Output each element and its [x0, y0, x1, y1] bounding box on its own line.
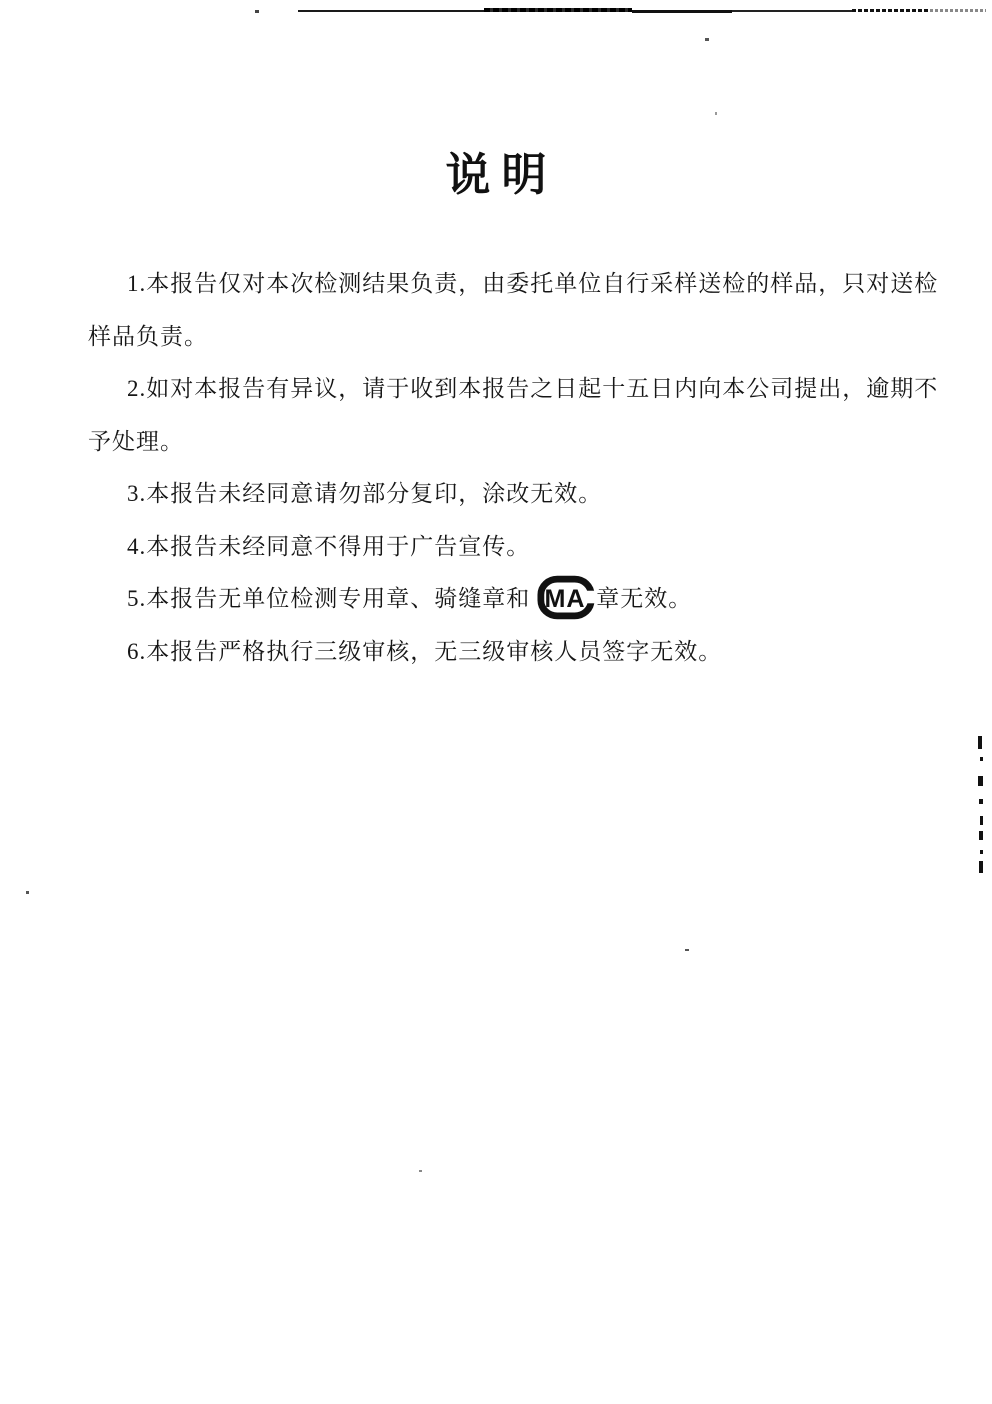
- scan-artifact-dot: [255, 10, 259, 13]
- scan-artifact-speck: [26, 891, 29, 894]
- note-1-line-2: 样品负责。: [88, 311, 933, 364]
- scan-artifact-line: [852, 9, 930, 12]
- note-1-line-1: 1.本报告仅对本次检测结果负责，由委托单位自行采样送检的样品，只对送检: [88, 258, 933, 311]
- scan-artifact-edge-fragment: [979, 831, 983, 840]
- scan-artifact-speck: [705, 38, 709, 41]
- scan-artifact-edge-fragment: [979, 861, 983, 873]
- scan-artifact-speck: [685, 949, 689, 951]
- scan-artifact-edge-fragment: [979, 799, 983, 804]
- scan-artifact-line: [484, 8, 632, 12]
- scan-artifact-edge-fragment: [978, 776, 983, 786]
- scan-artifact-edge-fragment: [980, 850, 983, 854]
- notes-list: 1.本报告仅对本次检测结果负责，由委托单位自行采样送检的样品，只对送检 样品负责…: [88, 258, 933, 678]
- scan-artifact-edge-fragment: [980, 757, 983, 761]
- scan-artifact-edge-fragment: [978, 736, 982, 749]
- note-4: 4.本报告未经同意不得用于广告宣传。: [88, 521, 933, 574]
- scan-artifact-line: [930, 9, 986, 12]
- cma-mark-icon: MA: [537, 575, 595, 620]
- note-5-suffix: 章无效。: [596, 586, 692, 611]
- scan-artifact-speck: [419, 1170, 422, 1172]
- cma-mark-letters: MA: [545, 585, 586, 613]
- note-5-prefix: 5.本报告无单位检测专用章、骑缝章和: [127, 586, 530, 611]
- note-2-line-1: 2.如对本报告有异议，请于收到本报告之日起十五日内向本公司提出，逾期不: [88, 363, 933, 416]
- scan-artifact-line: [732, 10, 852, 12]
- page-title: 说明: [0, 138, 992, 203]
- scan-artifact-edge-fragment: [980, 816, 983, 825]
- scan-artifact-speck: [715, 112, 717, 115]
- scanned-report-notes-page: 说明 1.本报告仅对本次检测结果负责，由委托单位自行采样送检的样品，只对送检 样…: [0, 0, 992, 1404]
- note-5: 5.本报告无单位检测专用章、骑缝章和 MA 章无效。: [88, 573, 933, 626]
- note-6: 6.本报告严格执行三级审核，无三级审核人员签字无效。: [88, 626, 933, 679]
- note-2-line-2: 予处理。: [88, 416, 933, 469]
- note-3: 3.本报告未经同意请勿部分复印，涂改无效。: [88, 468, 933, 521]
- scan-artifact-line: [632, 10, 732, 13]
- scan-artifact-line: [298, 10, 484, 12]
